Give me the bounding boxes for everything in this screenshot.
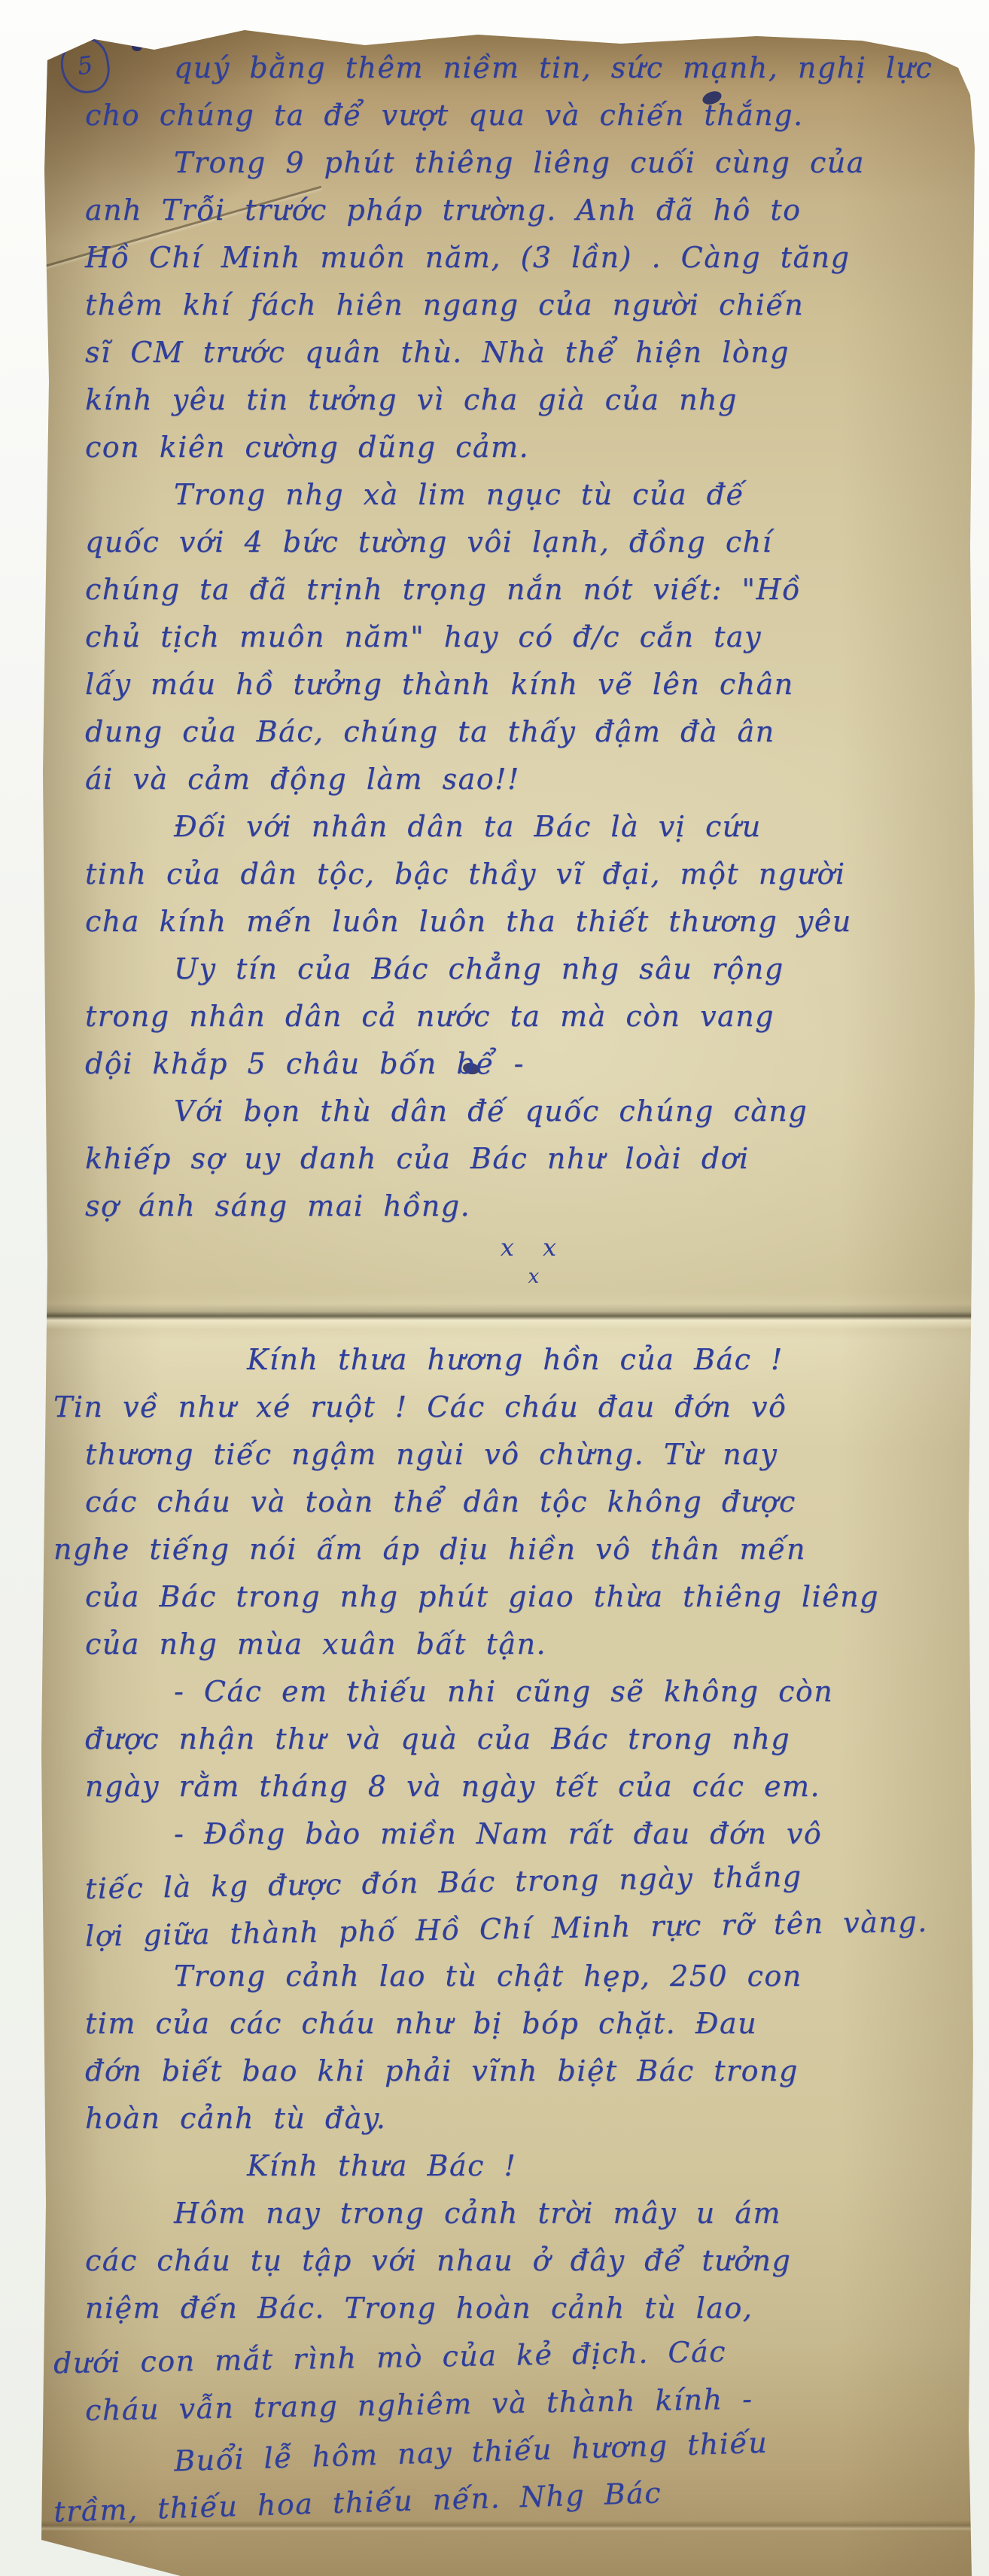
letter-line: Đối với nhân dân ta Bác là vị cứu [85, 804, 952, 851]
letter-line: Tin về như xé ruột ! Các cháu đau đớn vô [53, 1384, 952, 1432]
letter-line: Trong nhg xà lim ngục tù của đế [85, 472, 952, 519]
letter-line: sĩ CM trước quân thù. Nhà thể hiện lòng [85, 330, 952, 377]
letter-line: dung của Bác, chúng ta thấy đậm đà ân [85, 709, 952, 757]
letter-line: con kiên cường dũng cảm. [85, 425, 952, 472]
letter-line: Kính thưa hương hồn của Bác ! [85, 1337, 952, 1384]
letter-line: thêm khí fách hiên ngang của người chiến [85, 282, 952, 330]
letter-line: của Bác trong nhg phút giao thừa thiêng … [85, 1574, 952, 1621]
letter-line: Kính thưa Bác ! [85, 2143, 952, 2191]
letter-line: Hôm nay trong cảnh trời mây u ám [85, 2191, 952, 2238]
letter-line: khiếp sợ uy danh của Bác như loài dơi [85, 1136, 952, 1183]
letter-line: kính yêu tin tưởng vì cha già của nhg [85, 377, 952, 425]
letter-line: Hồ Chí Minh muôn năm, (3 lần) . Càng tăn… [85, 235, 952, 282]
letter-line: các cháu và toàn thể dân tộc không được [85, 1479, 952, 1527]
letter-section-top: quý bằng thêm niềm tin, sức mạnh, nghị l… [41, 45, 975, 1296]
letter-line: tinh của dân tộc, bậc thầy vĩ đại, một n… [85, 851, 952, 899]
section-divider: x [85, 1265, 952, 1296]
letter-line: được nhận thư và quà của Bác trong nhg [85, 1716, 952, 1764]
letter-line: trong nhân dân cả nước ta mà còn vang [85, 994, 952, 1041]
letter-line: của nhg mùa xuân bất tận. [85, 1621, 952, 1669]
letter-line: quý bằng thêm niềm tin, sức mạnh, nghị l… [85, 45, 952, 93]
letter-line: Với bọn thù dân đế quốc chúng càng [85, 1089, 952, 1136]
letter-line: cho chúng ta để vượt qua và chiến thắng. [85, 93, 952, 140]
letter-line: ngày rằm tháng 8 và ngày tết của các em. [85, 1764, 952, 1811]
letter-line: - Đồng bào miền Nam rất đau đớn vô [85, 1811, 952, 1859]
letter-line: dội khắp 5 châu bốn bể - [85, 1041, 952, 1089]
letter-section-bottom: Kính thưa hương hồn của Bác ! Tin về như… [41, 1337, 975, 2523]
letter-line: tim của các cháu như bị bóp chặt. Đau [85, 2001, 952, 2048]
letter-line: hoàn cảnh tù đày. [85, 2096, 952, 2143]
letter-line: - Các em thiếu nhi cũng sẽ không còn [85, 1669, 952, 1716]
letter-line: ái và cảm động làm sao!! [85, 757, 952, 804]
letter-line: lấy máu hồ tưởng thành kính vẽ lên chân [85, 662, 952, 709]
letter-line: đớn biết bao khi phải vĩnh biệt Bác tron… [85, 2048, 952, 2096]
letter-line: quốc với 4 bức tường vôi lạnh, đồng chí [85, 519, 952, 567]
letter-line: chúng ta đã trịnh trọng nắn nót viết: "H… [85, 567, 952, 614]
section-divider: x x [85, 1231, 952, 1265]
horizontal-fold-crease [41, 1304, 975, 1329]
letter-line: anh Trỗi trước pháp trường. Anh đã hô to [85, 187, 952, 235]
paper-sheet: 5 quý bằng thêm niềm tin, sức mạnh, nghị… [41, 20, 975, 2576]
letter-line: nghe tiếng nói ấm áp dịu hiền vô thân mế… [53, 1527, 952, 1574]
letter-line: thương tiếc ngậm ngùi vô chừng. Từ nay [85, 1432, 952, 1479]
letter-line: Trong cảnh lao tù chật hẹp, 250 con [85, 1953, 952, 2001]
letter-line: các cháu tụ tập với nhau ở đây để tưởng [85, 2238, 952, 2285]
letter-line: chủ tịch muôn năm" hay có đ/c cắn tay [85, 614, 952, 662]
letter-line: cha kính mến luôn luôn tha thiết thương … [85, 899, 952, 946]
letter-line: Trong 9 phút thiêng liêng cuối cùng của [85, 140, 952, 187]
letter-line: Uy tín của Bác chẳng nhg sâu rộng [85, 946, 952, 994]
letter-line: niệm đến Bác. Trong hoàn cảnh tù lao, [85, 2285, 952, 2333]
letter-line: sợ ánh sáng mai hồng. [85, 1183, 952, 1231]
